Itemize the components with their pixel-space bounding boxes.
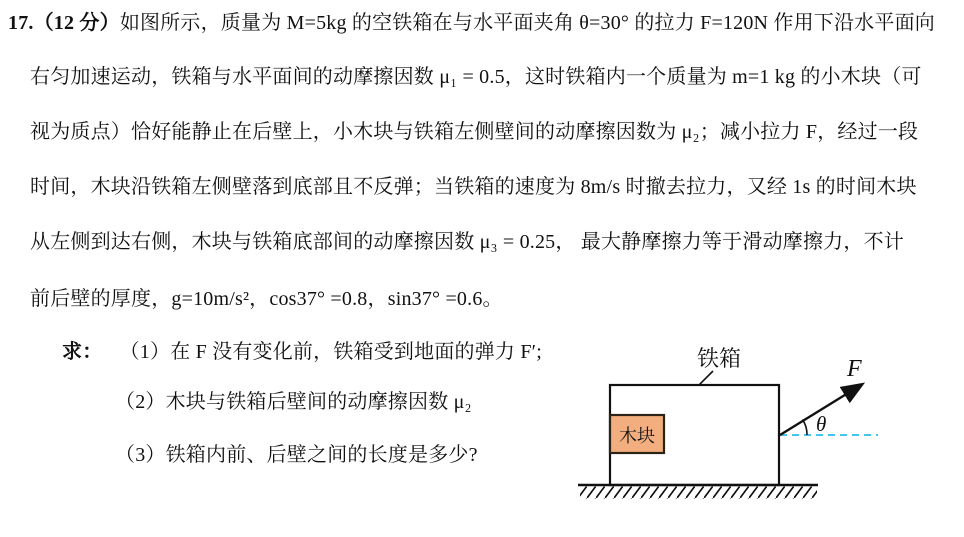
problem-line-1-text: 如图所示，质量为 M=5kg 的空铁箱在与水平面夹角 θ=30° 的拉力 F=1… [120,12,935,34]
problem-line-3: 视为质点）恰好能静止在后壁上，小木块与铁箱左侧壁间的动摩擦因数为 μ₂；减小拉力… [30,119,918,145]
iron-box-leader-line [698,371,713,386]
ask-line: 求： （1）在 F 没有变化前，铁箱受到地面的弹力 F′; [62,339,542,365]
force-label: F [846,356,862,382]
physics-diagram: 铁箱 木块 F θ [560,330,964,535]
problem-line-2: 右匀加速运动，铁箱与水平面间的动摩擦因数 μ₁ = 0.5，这时铁箱内一个质量为… [30,64,922,90]
question-1: （1）在 F 没有变化前，铁箱受到地面的弹力 F′; [120,341,542,363]
problem-line-5: 从左侧到达右侧，木块与铁箱底部间的动摩擦因数 μ₃ = 0.25， 最大静摩擦力… [30,229,904,255]
wood-block-label: 木块 [619,426,655,446]
problem-number: 17.（12 分） [8,12,120,34]
angle-label: θ [816,412,826,436]
ask-label: 求： [62,341,102,363]
problem-line-6: 前后壁的厚度，g=10m/s²，cos37° =0.8，sin37° =0.6。 [30,286,503,312]
problem-line-1: 17.（12 分）如图所示，质量为 M=5kg 的空铁箱在与水平面夹角 θ=30… [8,10,935,36]
ground-hatch [580,487,817,499]
problem-line-4: 时间，木块沿铁箱左侧壁落到底部且不反弹；当铁箱的速度为 8m/s 时撤去拉力，又… [30,174,917,200]
question-3: （3）铁箱内前、后壁之间的长度是多少? [115,442,478,468]
question-2: （2）木块与铁箱后壁间的动摩擦因数 μ₂ [115,389,472,415]
iron-box-label: 铁箱 [697,346,741,371]
